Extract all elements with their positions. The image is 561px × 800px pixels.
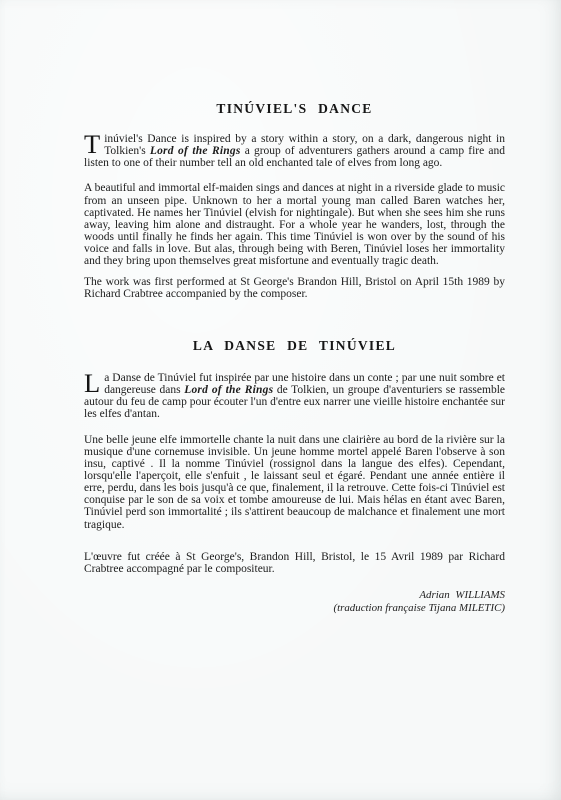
scanned-booklet-page: TINÚVIEL'S DANCE Tinúviel's Dance is ins…: [0, 0, 561, 800]
dropcap-l: L: [84, 373, 100, 395]
text-column: TINÚVIEL'S DANCE Tinúviel's Dance is ins…: [84, 0, 505, 614]
author-name: Adrian WILLIAMS: [84, 589, 505, 602]
french-title: LA DANSE DE TINÚVIEL: [84, 338, 505, 353]
english-paragraph-1: Tinúviel's Dance is inspired by a story …: [84, 133, 505, 169]
dropcap-t: T: [84, 134, 100, 156]
french-paragraph-3: L'œuvre fut créée à St George's, Brandon…: [84, 551, 505, 575]
french-paragraph-1: La Danse de Tinúviel fut inspirée par un…: [84, 372, 505, 421]
book-title-french: Lord of the Rings: [184, 384, 273, 396]
french-paragraph-2: Une belle jeune elfe immortelle chante l…: [84, 434, 505, 531]
translation-credit: (traduction française Tijana MILETIC): [84, 602, 505, 615]
book-title-english: Lord of the Rings: [150, 145, 241, 157]
english-paragraph-3: The work was first performed at St Georg…: [84, 276, 505, 300]
english-title: TINÚVIEL'S DANCE: [84, 101, 505, 116]
signature-block: Adrian WILLIAMS (traduction française Ti…: [84, 589, 505, 614]
english-paragraph-2: A beautiful and immortal elf-maiden sing…: [84, 182, 505, 267]
